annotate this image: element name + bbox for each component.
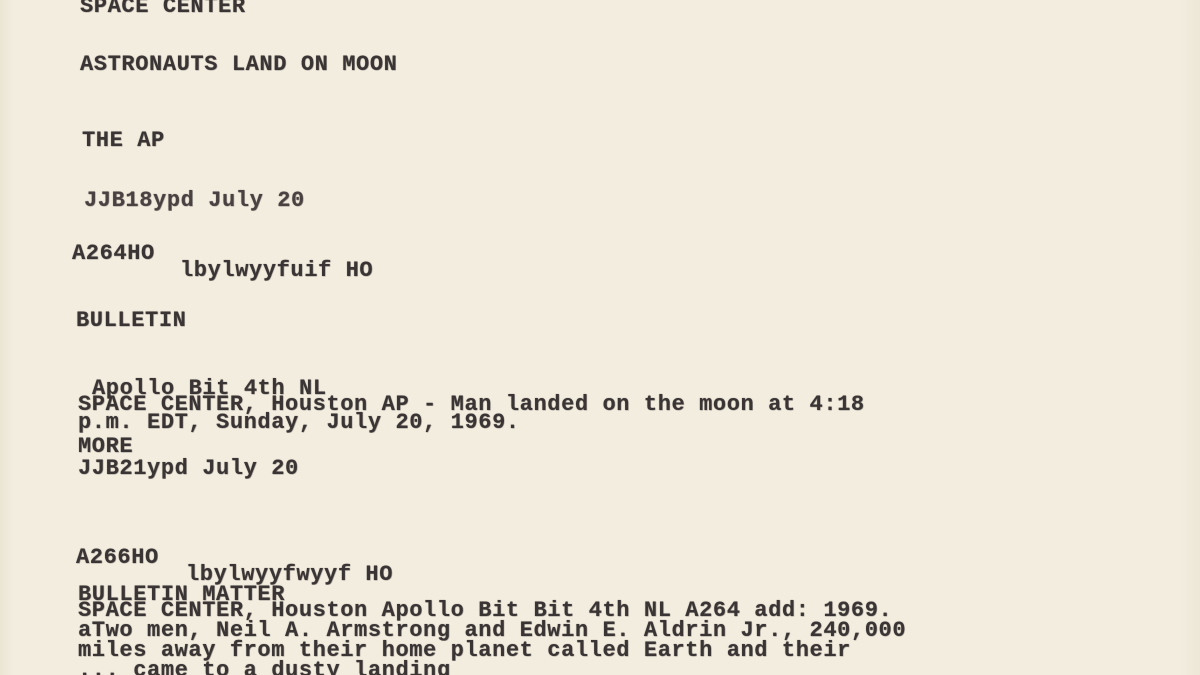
slug-code: JJB18ypd July 20: [84, 190, 305, 212]
byline-agency: THE AP: [82, 130, 165, 152]
headline: ASTRONAUTS LAND ON MOON: [80, 54, 397, 76]
message-id: A264HO: [72, 243, 155, 265]
routing-code: lbylwyyfuif HO: [180, 260, 373, 282]
dateline-heading: SPACE CENTER: [80, 0, 246, 18]
bulletin-label: BULLETIN: [76, 310, 186, 332]
matter-body-line-4-cut: ... came to a dusty landing: [78, 660, 451, 675]
slug-code-2: JJB21ypd July 20: [78, 458, 299, 480]
bulletin-body-line-2: p.m. EDT, Sunday, July 20, 1969.: [78, 412, 520, 434]
message-id-2: A266HO: [76, 547, 159, 569]
more-marker: MORE: [78, 436, 133, 458]
typewritten-page: SPACE CENTER ASTRONAUTS LAND ON MOON THE…: [0, 0, 1200, 675]
